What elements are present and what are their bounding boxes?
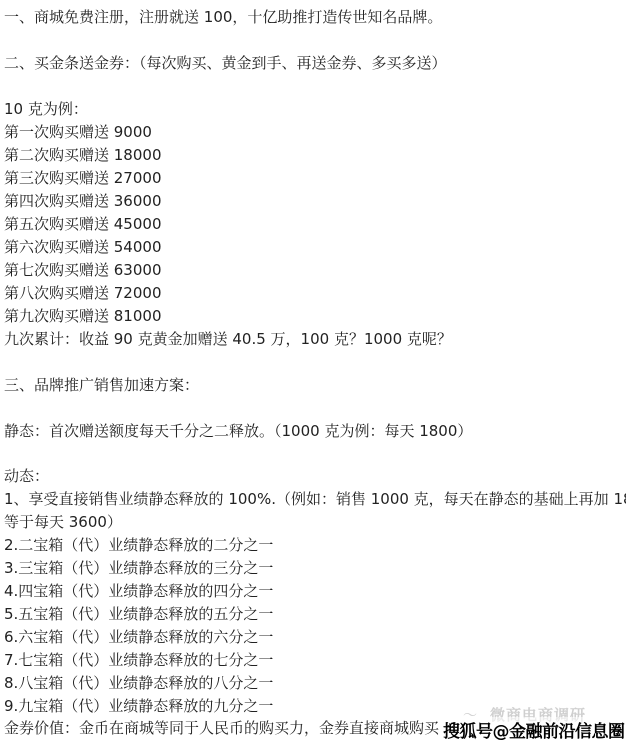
line-dynamic-header: 动态： bbox=[4, 465, 49, 488]
list-item-purchase-4: 第四次购买赠送 36000 bbox=[4, 190, 162, 213]
line-section-3: 三、品牌推广销售加速方案： bbox=[4, 374, 199, 397]
line-voucher-value: 金券价值：金币在商城等同于人民币的购买力，金券直接商城购买 bbox=[4, 717, 439, 740]
line-section-2: 二、买金条送金券：（每次购买、黄金到手、再送金券、多买多送） bbox=[4, 52, 447, 75]
list-item-dynamic-8: 8.八宝箱（代）业绩静态释放的八分之一 bbox=[4, 672, 273, 695]
list-item-purchase-7: 第七次购买赠送 63000 bbox=[4, 259, 162, 282]
line-example-header: 10 克为例： bbox=[4, 98, 88, 121]
watermark-sohu-text: 搜狐号@金融前沿信息圈 bbox=[443, 717, 625, 742]
list-item-dynamic-4: 4.四宝箱（代）业绩静态释放的四分之一 bbox=[4, 580, 273, 603]
list-item-purchase-3: 第三次购买赠送 27000 bbox=[4, 167, 162, 190]
list-item-dynamic-3: 3.三宝箱（代）业绩静态释放的三分之一 bbox=[4, 557, 273, 580]
line-section-1: 一、商城免费注册，注册就送 100，十亿助推打造传世知名品牌。 bbox=[4, 6, 442, 29]
list-item-purchase-6: 第六次购买赠送 54000 bbox=[4, 236, 162, 259]
list-item-purchase-9: 第九次购买赠送 81000 bbox=[4, 305, 162, 328]
list-item-dynamic-7: 7.七宝箱（代）业绩静态释放的七分之一 bbox=[4, 649, 273, 672]
line-cumulative-total: 九次累计：收益 90 克黄金加赠送 40.5 万，100 克？1000 克呢？ bbox=[4, 328, 452, 351]
line-static-release: 静态：首次赠送额度每天千分之二释放。（1000 克为例：每天 1800） bbox=[4, 420, 472, 443]
list-item-dynamic-1-cont: 等于每天 3600） bbox=[4, 511, 122, 534]
list-item-dynamic-9: 9.九宝箱（代）业绩静态释放的九分之一 bbox=[4, 695, 273, 718]
list-item-dynamic-6: 6.六宝箱（代）业绩静态释放的六分之一 bbox=[4, 626, 273, 649]
list-item-dynamic-5: 5.五宝箱（代）业绩静态释放的五分之一 bbox=[4, 603, 273, 626]
list-item-purchase-5: 第五次购买赠送 45000 bbox=[4, 213, 162, 236]
list-item-dynamic-1: 1、享受直接销售业绩静态释放的 100%.（例如：销售 1000 克，每天在静态… bbox=[4, 488, 626, 511]
list-item-dynamic-2: 2.二宝箱（代）业绩静态释放的二分之一 bbox=[4, 534, 273, 557]
list-item-purchase-8: 第八次购买赠送 72000 bbox=[4, 282, 162, 305]
list-item-purchase-2: 第二次购买赠送 18000 bbox=[4, 144, 162, 167]
list-item-purchase-1: 第一次购买赠送 9000 bbox=[4, 121, 152, 144]
